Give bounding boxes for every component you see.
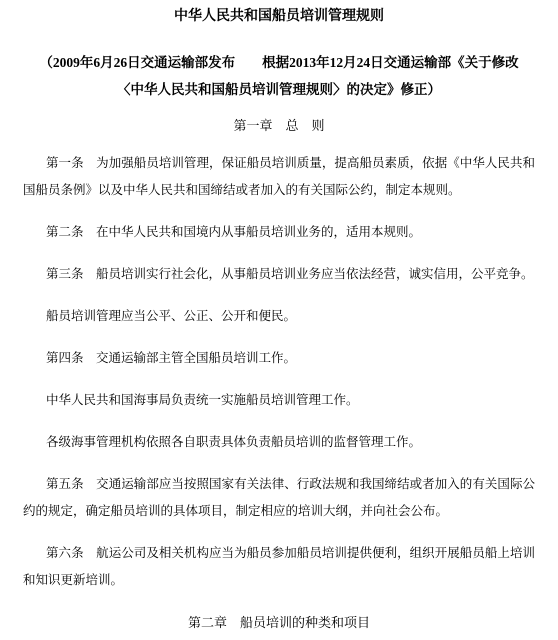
para-article-4: 第四条 交通运输部主管全国船员培训工作。 xyxy=(23,345,535,372)
para-article-3: 第三条 船员培训实行社会化，从事船员培训业务应当依法经营，诚实信用，公平竞争。 xyxy=(23,261,535,288)
document-subtitle: （2009年6月26日交通运输部发布 根据2013年12月24日交通运输部《关于… xyxy=(23,49,535,103)
para-article-2: 第二条 在中华人民共和国境内从事船员培训业务的，适用本规则。 xyxy=(23,219,535,246)
para-article-4-cont-1: 中华人民共和国海事局负责统一实施船员培训管理工作。 xyxy=(23,387,535,414)
para-article-6: 第六条 航运公司及相关机构应当为船员参加船员培训提供便利，组织开展船员船上培训和… xyxy=(23,540,535,594)
document-subtitle-line-1: （2009年6月26日交通运输部发布 根据2013年12月24日交通运输部《关于… xyxy=(23,49,535,76)
para-article-4-cont-2: 各级海事管理机构依照各自职责具体负责船员培训的监督管理工作。 xyxy=(23,429,535,456)
chapter-2-heading: 第二章 船员培训的种类和项目 xyxy=(23,609,535,636)
para-article-1: 第一条 为加强船员培训管理，保证船员培训质量，提高船员素质，依据《中华人民共和国… xyxy=(23,150,535,204)
document-subtitle-line-2: 〈中华人民共和国船员培训管理规则〉的决定》修正） xyxy=(23,76,535,103)
para-article-3-cont: 船员培训管理应当公平、公正、公开和便民。 xyxy=(23,303,535,330)
chapter-1-heading: 第一章 总 则 xyxy=(23,112,535,139)
document-title: 中华人民共和国船员培训管理规则 xyxy=(23,3,535,30)
para-article-5: 第五条 交通运输部应当按照国家有关法律、行政法规和我国缔结或者加入的有关国际公约… xyxy=(23,471,535,525)
document-page: 中华人民共和国船员培训管理规则 （2009年6月26日交通运输部发布 根据201… xyxy=(0,0,558,640)
